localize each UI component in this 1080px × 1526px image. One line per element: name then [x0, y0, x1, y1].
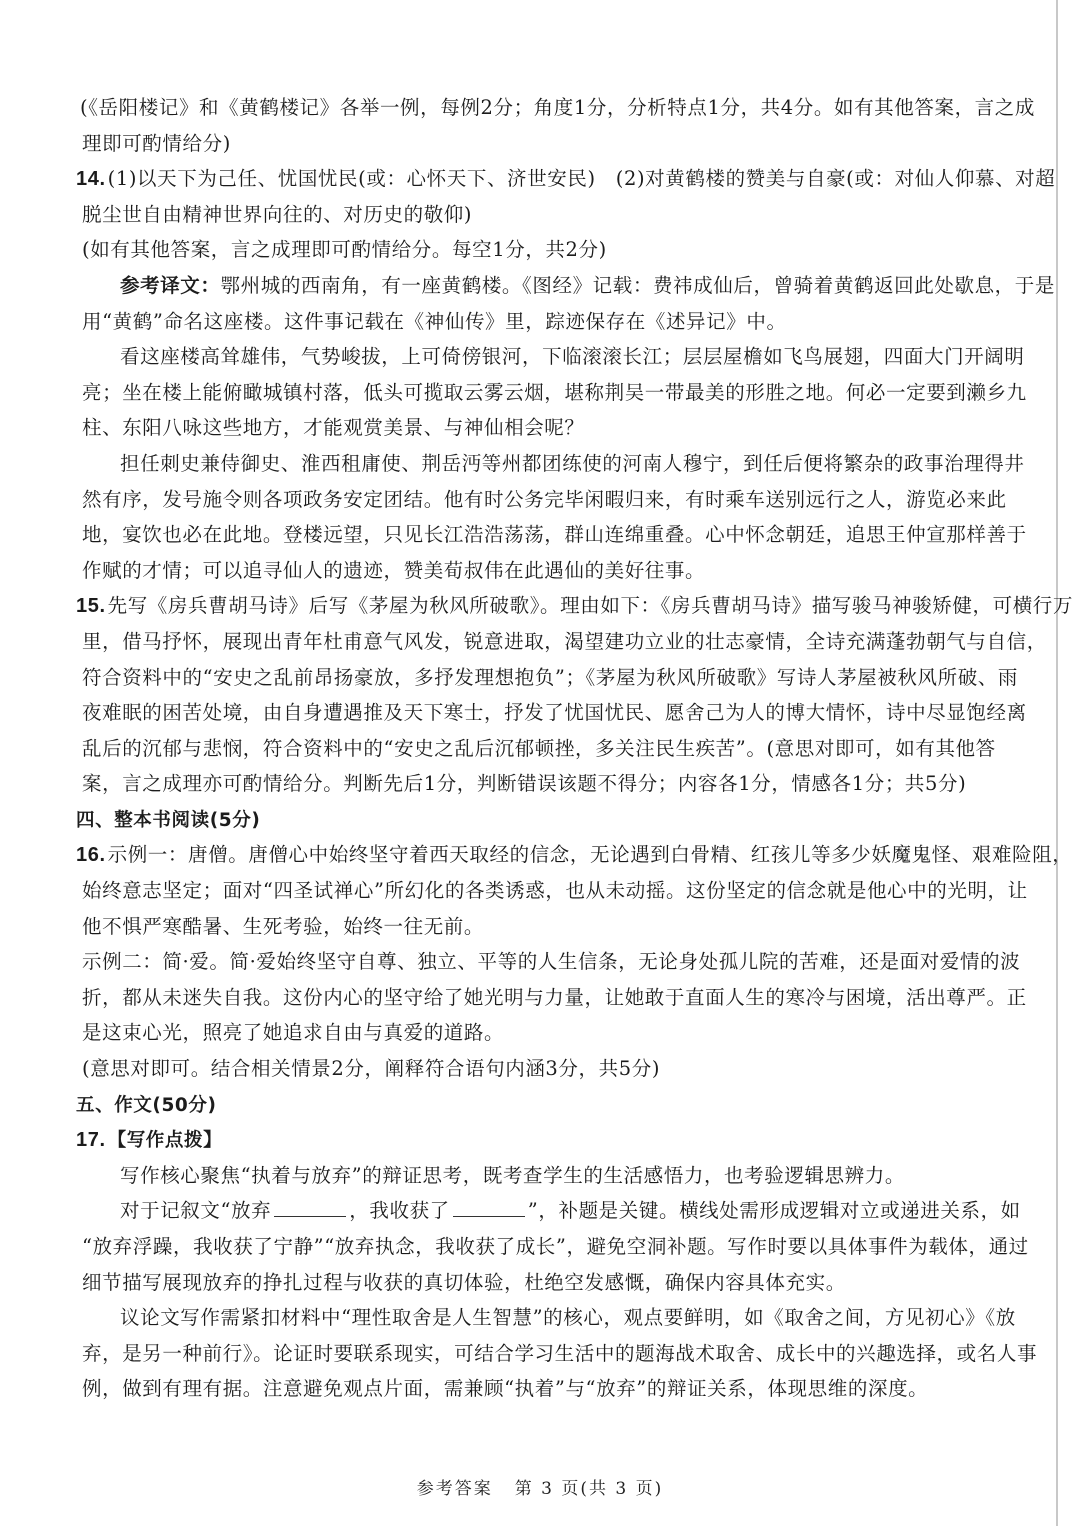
q16-example2-line-2: 折，都从未迷失自我。这份内心的坚守给了她光明与力量，让她敢于直面人生的寒冷与困境…	[80, 980, 1010, 1016]
section-4-title: 四、整本书阅读(5分)	[80, 802, 1010, 838]
q16-example2-line-1: 示例二：简·爱。简·爱始终坚守自尊、独立、平等的人生信条，无论身处孤儿院的苦难，…	[80, 944, 1010, 980]
q15-line-3: 符合资料中的“安史之乱前昂扬豪放，多抒发理想抱负”；《茅屋为秋风所破歌》写诗人茅…	[80, 660, 1010, 696]
fill-blank-2	[453, 1198, 525, 1217]
q15-line-4: 夜难眠的困苦处境，由自身遭遇推及天下寒士，抒发了忧国忧民、愿舍己为人的博大情怀，…	[80, 695, 1010, 731]
q17-heading: 【写作点拨】	[108, 1130, 223, 1151]
q17-paragraph-2-line-3: 细节描写展现放弃的挣扎过程与收获的真切体验，杜绝空发感慨，确保内容具体充实。	[80, 1265, 1010, 1301]
q14-translation-line-5: 柱、东阳八咏这些地方，才能观赏美景、与神仙相会呢？	[80, 410, 1010, 446]
q15-line-1: 15.先写《房兵曹胡马诗》后写《茅屋为秋风所破歌》。理由如下：《房兵曹胡马诗》描…	[80, 588, 1010, 624]
q17-paragraph-3-line-1: 议论文写作需紧扣材料中“理性取舍是人生智慧”的核心，观点要鲜明，如《取舍之间，方…	[80, 1300, 1010, 1336]
q17-paragraph-3-line-2: 弃，是另一种前行》。论证时要联系现实，可结合学习生活中的题海战术取舍、成长中的兴…	[80, 1336, 1010, 1372]
q16-example1-line-3: 他不惧严寒酷暑、生死考验，始终一往无前。	[80, 909, 1010, 945]
q15-line-6: 案，言之成理亦可酌情给分。判断先后1分，判断错误该题不得分；内容各1分，情感各1…	[80, 766, 1010, 802]
page-number: 第 3 页(共 3 页)	[515, 1479, 664, 1499]
q16-example1-line-2: 始终意志坚定；面对“四圣试禅心”所幻化的各类诱惑，也从未动摇。这份坚定的信念就是…	[80, 873, 1010, 909]
q14-translation-line-6: 担任刺史兼侍御史、淮西租庸使、荆岳沔等州都团练使的河南人穆宁，到任后便将繁杂的政…	[80, 446, 1010, 482]
q14-translation-line-2: 用“黄鹤”命名这座楼。这件事记载在《神仙传》里，踪迹保存在《述异记》中。	[80, 304, 1010, 340]
q17-number: 17.	[76, 1129, 106, 1151]
page-footer: 参考答案第 3 页(共 3 页)	[0, 1474, 1080, 1499]
q14-translation-line-9: 作赋的才情；可以追寻仙人的遗迹，赞美荀叔伟在此遇仙的美好往事。	[80, 553, 1010, 589]
q15-number: 15.	[76, 595, 106, 617]
q14-number: 14.	[76, 168, 106, 190]
q14-note: (如有其他答案，言之成理即可酌情给分。每空1分，共2分)	[80, 232, 1010, 268]
q16-line-1: 16.示例一：唐僧。唐僧心中始终坚守着西天取经的信念，无论遇到白骨精、红孩儿等多…	[80, 837, 1010, 873]
page-edge-divider	[1056, 0, 1058, 1526]
answer-key-page: (《岳阳楼记》和《黄鹤楼记》各举一例，每例2分；角度1分，分析特点1分，共4分。…	[80, 90, 1010, 1407]
q14-translation-line-8: 地，宴饮也必在此地。登楼远望，只见长江浩浩荡荡，群山连绵重叠。心中怀念朝廷，追思…	[80, 517, 1010, 553]
q15-line-5: 乱后的沉郁与悲悯，符合资料中的“安史之乱后沉郁顿挫，多关注民生疾苦”。(意思对即…	[80, 731, 1010, 767]
section-5-title: 五、作文(50分)	[80, 1087, 1010, 1123]
q14-answer-1: (1)以天下为己任、忧国忧民(或：心怀天下、济世安民) (2)对黄鹤楼的赞美与自…	[108, 167, 1056, 190]
q14-translation-line-1: 参考译文：鄂州城的西南角，有一座黄鹤楼。《图经》记载：费祎成仙后，曾骑着黄鹤返回…	[80, 268, 1010, 304]
q13-note-line-2: 理即可酌情给分)	[80, 126, 1010, 162]
q14-translation-line-3: 看这座楼高耸雄伟，气势峻拔，上可倚傍银河，下临滚滚长江；层层屋檐如飞鸟展翅，四面…	[80, 339, 1010, 375]
q14-translation-line-4: 亮；坐在楼上能俯瞰城镇村落，低头可揽取云雾云烟，堪称荆吴一带最美的形胜之地。何必…	[80, 375, 1010, 411]
q17-line-1: 17.【写作点拨】	[80, 1122, 1010, 1158]
q15-line-2: 里，借马抒怀，展现出青年杜甫意气风发，锐意进取，渴望建功立业的壮志豪情，全诗充满…	[80, 624, 1010, 660]
q17-paragraph-1: 写作核心聚焦“执着与放弃”的辩证思考，既考查学生的生活感悟力，也考验逻辑思辨力。	[80, 1158, 1010, 1194]
q17-paragraph-2-line-2: “放弃浮躁，我收获了宁静”“放弃执念，我收获了成长”，避免空洞补题。写作时要以具…	[80, 1229, 1010, 1265]
fill-blank-1	[274, 1198, 346, 1217]
q16-number: 16.	[76, 844, 106, 866]
q16-example2-line-3: 是这束心光，照亮了她追求自由与真爱的道路。	[80, 1015, 1010, 1051]
translation-label: 参考译文：	[120, 274, 221, 297]
q14-translation-line-7: 然有序，发号施令则各项政务安定团结。他有时公务完毕闲暇归来，有时乘车送别远行之人…	[80, 482, 1010, 518]
q17-paragraph-3-line-3: 例，做到有理有据。注意避免观点片面，需兼顾“执着”与“放弃”的辩证关系，体现思维…	[80, 1371, 1010, 1407]
q17-paragraph-2-line-1: 对于记叙文“放弃，我收获了”，补题是关键。横线处需形成逻辑对立或递进关系，如	[80, 1193, 1010, 1229]
footer-label: 参考答案	[417, 1479, 493, 1499]
q14-line-2: 脱尘世自由精神世界向往的、对历史的敬仰)	[80, 197, 1010, 233]
q16-note: (意思对即可。结合相关情景2分，阐释符合语句内涵3分，共5分)	[80, 1051, 1010, 1087]
q13-note-line-1: (《岳阳楼记》和《黄鹤楼记》各举一例，每例2分；角度1分，分析特点1分，共4分。…	[80, 90, 1010, 126]
q14-line-1: 14.(1)以天下为己任、忧国忧民(或：心怀天下、济世安民) (2)对黄鹤楼的赞…	[80, 161, 1010, 197]
